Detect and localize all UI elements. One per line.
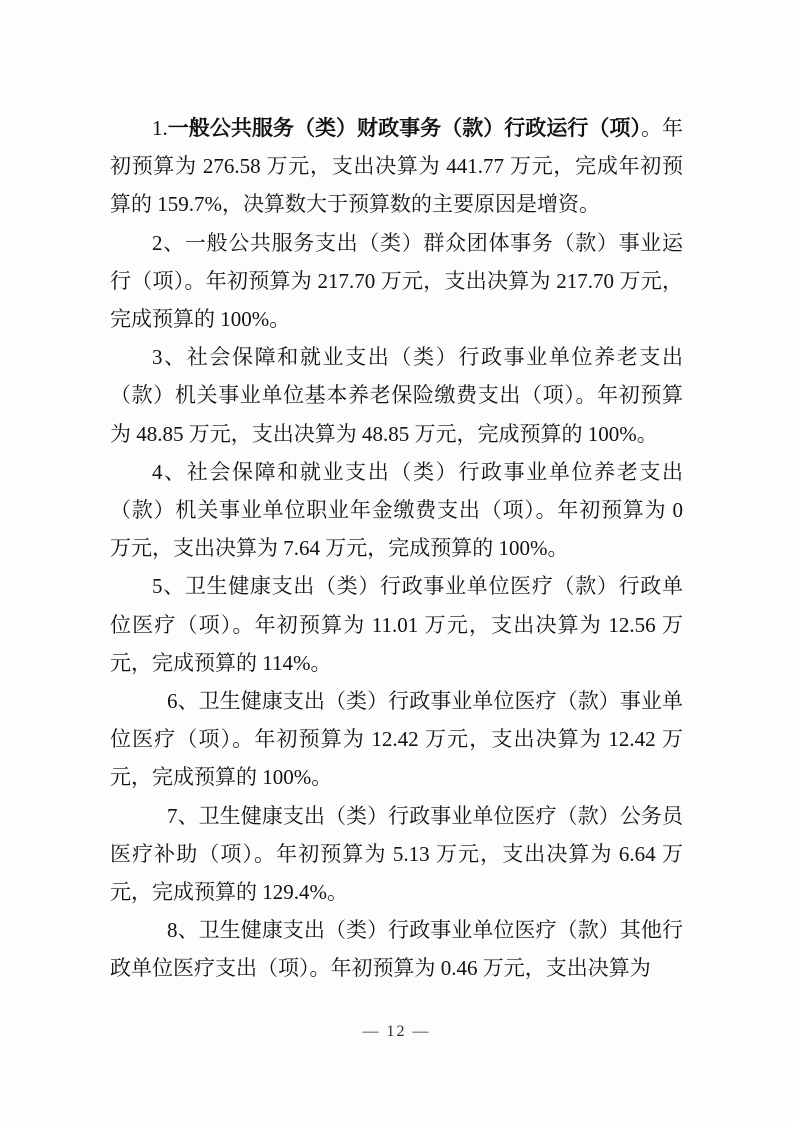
- budget-item-paragraph-1: 1.一般公共服务（类）财政事务（款）行政运行（项）。年初预算为 276.58 万…: [110, 109, 683, 224]
- budget-item-paragraph-7: 7、卫生健康支出（类）行政事业单位医疗（款）公务员医疗补助（项）。年初预算为 5…: [110, 797, 683, 912]
- budget-item-paragraph-5: 5、卫生健康支出（类）行政事业单位医疗（款）行政单位医疗（项）。年初预算为 11…: [110, 567, 683, 682]
- budget-item-paragraph-3: 3、社会保障和就业支出（类）行政事业单位养老支出（款）机关事业单位基本养老保险缴…: [110, 338, 683, 453]
- item-1-number: 1.: [152, 116, 168, 140]
- page-footer: — 12 —: [0, 1023, 793, 1041]
- page-number: — 12 —: [363, 1023, 431, 1040]
- budget-item-paragraph-4: 4、社会保障和就业支出（类）行政事业单位养老支出（款）机关事业单位职业年金缴费支…: [110, 453, 683, 568]
- budget-item-paragraph-2: 2、一般公共服务支出（类）群众团体事务（款）事业运行（项）。年初预算为 217.…: [110, 224, 683, 339]
- document-body: 1.一般公共服务（类）财政事务（款）行政运行（项）。年初预算为 276.58 万…: [110, 109, 683, 988]
- budget-item-paragraph-8: 8、卫生健康支出（类）行政事业单位医疗（款）其他行政单位医疗支出（项）。年初预算…: [110, 911, 683, 987]
- document-page: 1.一般公共服务（类）财政事务（款）行政运行（项）。年初预算为 276.58 万…: [0, 0, 793, 1122]
- item-1-heading: 一般公共服务（类）财政事务（款）行政运行（项）: [168, 116, 641, 140]
- budget-item-paragraph-6: 6、卫生健康支出（类）行政事业单位医疗（款）事业单位医疗（项）。年初预算为 12…: [110, 682, 683, 797]
